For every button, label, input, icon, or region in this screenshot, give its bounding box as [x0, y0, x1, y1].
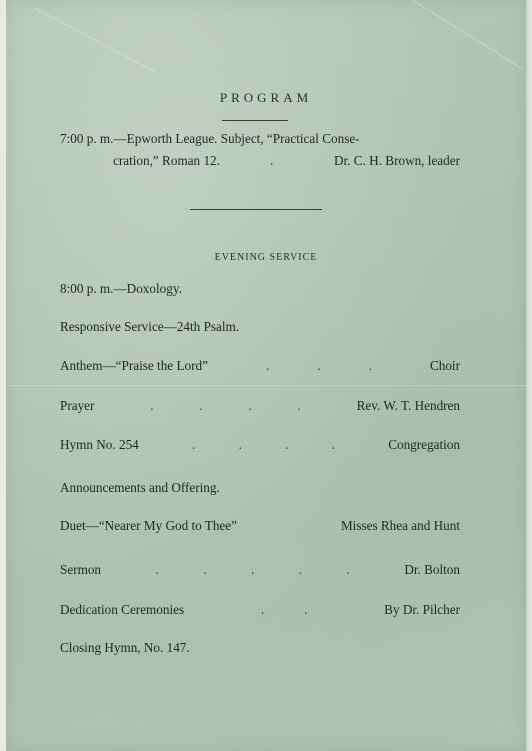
epworth-leader: Dr. C. H. Brown, leader [334, 153, 460, 169]
item-title: Duet—“Nearer My God to Thee” [60, 518, 237, 534]
paper-crease [397, 0, 525, 71]
dot-leader: . . . . [139, 437, 388, 453]
item-performer: Misses Rhea and Hunt [341, 518, 460, 534]
item-title: Sermon [60, 562, 101, 578]
program-sheet [6, 0, 526, 751]
item-title: Anthem—“Praise the Lord” [60, 358, 208, 374]
program-item: Hymn No. 254 . . . . Congregation [60, 437, 460, 453]
item-title: Announcements and Offering. [60, 480, 220, 496]
epworth-line-2-left: cration,” Roman 12. [113, 153, 220, 169]
scan-edge [526, 0, 532, 751]
dot-leader: . . . [208, 358, 430, 374]
program-title: PROGRAM [0, 90, 532, 106]
program-item: Closing Hymn, No. 147. [60, 640, 460, 656]
program-item: Responsive Service—24th Psalm. [60, 319, 460, 335]
item-title: Closing Hymn, No. 147. [60, 640, 190, 656]
program-item: Dedication Ceremonies . . By Dr. Pilcher [60, 602, 460, 618]
program-item: Prayer . . . . Rev. W. T. Hendren [60, 398, 460, 414]
item-performer: Dr. Bolton [404, 562, 460, 578]
dot-leader: . . . . [94, 398, 356, 414]
item-performer: Congregation [388, 437, 460, 453]
item-performer: By Dr. Pilcher [384, 602, 460, 618]
leader-dot: . [270, 153, 273, 169]
program-item: Anthem—“Praise the Lord” . . . Choir [60, 358, 460, 374]
item-title: Prayer [60, 398, 94, 414]
paper-crease [34, 7, 158, 74]
section-divider [190, 209, 322, 210]
program-item: Sermon . . . . . Dr. Bolton [60, 562, 460, 578]
dot-leader: . . [184, 602, 384, 618]
dot-leader: . . . . . [101, 562, 404, 578]
item-title: Responsive Service—24th Psalm. [60, 319, 239, 335]
title-underline [222, 120, 288, 121]
program-item: Announcements and Offering. [60, 480, 460, 496]
item-title: Dedication Ceremonies [60, 602, 184, 618]
epworth-line-1: 7:00 p. m.—Epworth League. Subject, “Pra… [60, 131, 360, 147]
section-heading-evening-service: EVENING SERVICE [0, 252, 532, 263]
item-title: 8:00 p. m.—Doxology. [60, 281, 182, 297]
item-title: Hymn No. 254 [60, 437, 139, 453]
item-performer: Choir [430, 358, 460, 374]
program-item: 8:00 p. m.—Doxology. [60, 281, 460, 297]
program-item: Duet—“Nearer My God to Thee” Misses Rhea… [60, 518, 460, 534]
item-performer: Rev. W. T. Hendren [357, 398, 460, 414]
paper-fold-line [6, 385, 526, 386]
